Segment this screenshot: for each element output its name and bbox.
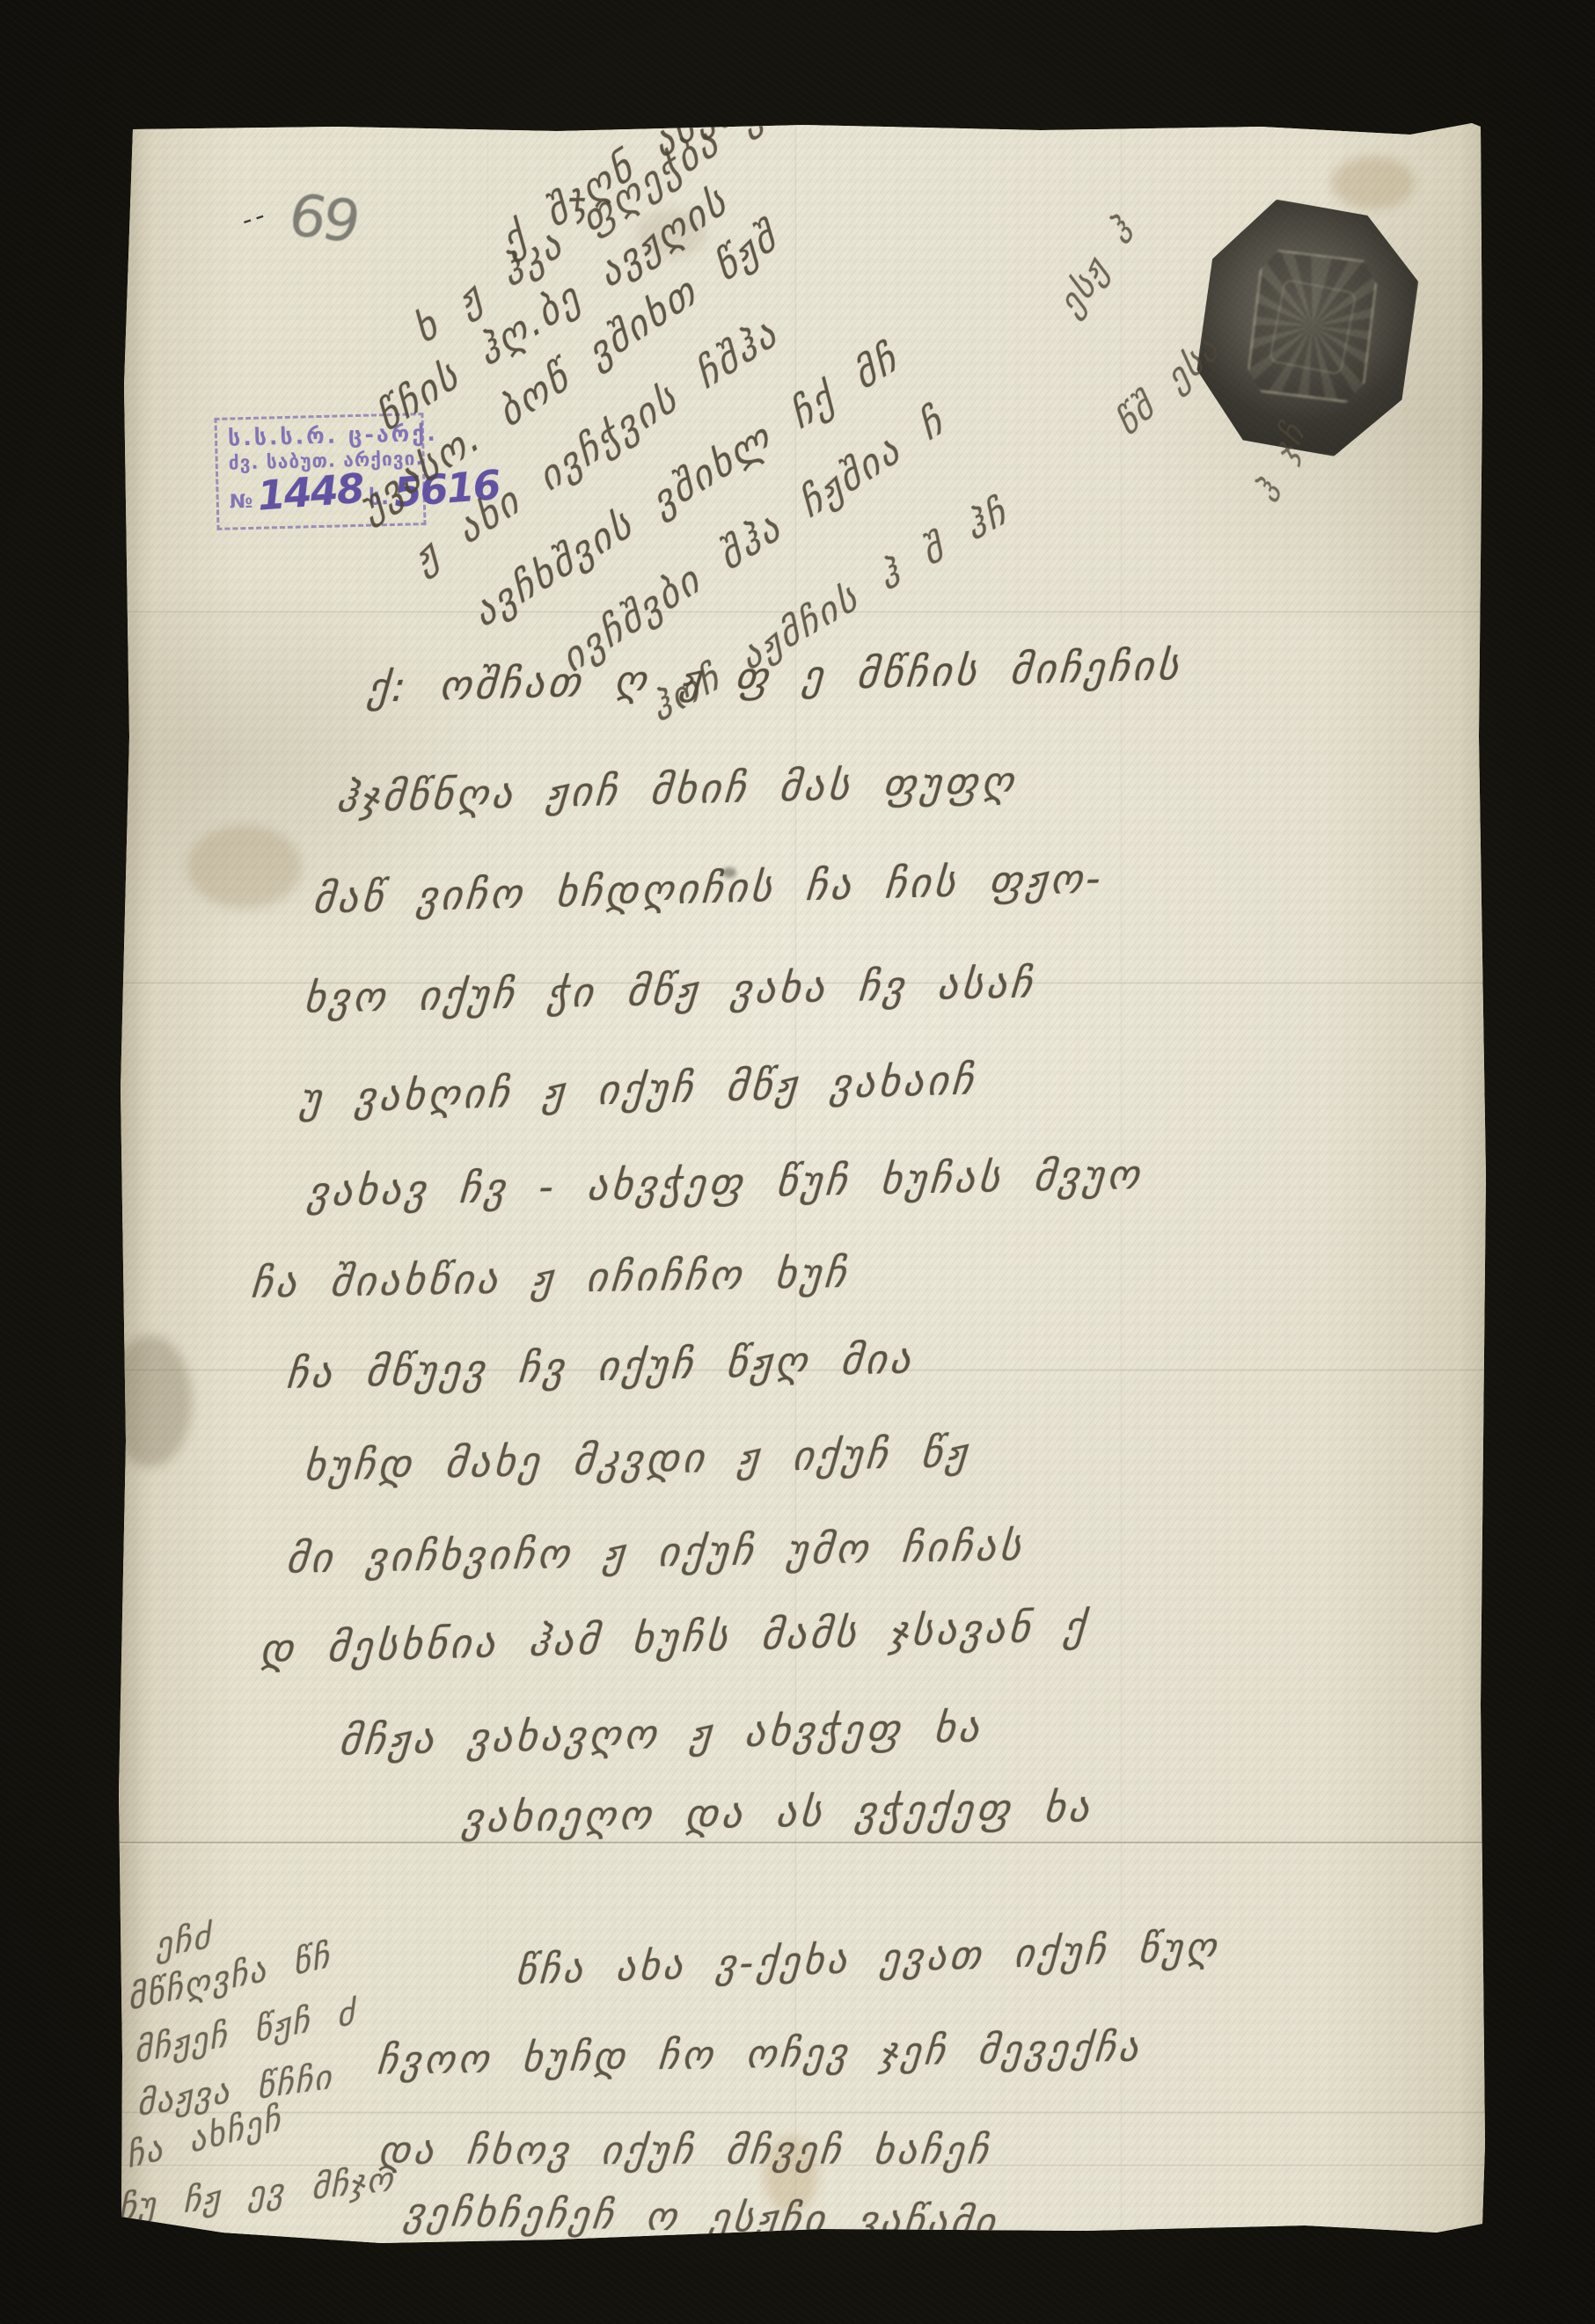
handwritten-line: ჰოჩ აჟმჩის ჰ შ ჰჩ bbox=[645, 488, 1014, 731]
fold-crease bbox=[117, 2111, 1487, 2115]
handwritten-line: ხ ჟ ჰკა ფღეჭბა ჭ bbox=[407, 91, 771, 354]
fold-crease bbox=[117, 982, 1487, 985]
handwritten-line: დ მესხნია ჰამ ხუჩს მამს ჯსავან ქ bbox=[259, 1603, 1090, 1673]
handwritten-line: მი ვიჩხვიჩო ჟ იქუჩ უმო ჩიჩას bbox=[284, 1522, 1026, 1582]
stamp-handwritten-number-1: 1448 bbox=[256, 468, 364, 516]
handwritten-line: და ჩხოვ იქუჩ მჩვეჩ ხაჩეჩ bbox=[377, 2129, 994, 2174]
handwritten-line: ჩა შიახწია ჟ იჩიჩჩო ხუჩ bbox=[249, 1249, 851, 1307]
ink-smudge bbox=[722, 867, 736, 878]
photograph-background: 69 -- ს.ს.ს.რ. ც-არქ. ძვ. საბუთ. არქივი.… bbox=[0, 0, 1595, 2324]
handwritten-line: ჟ ახი ივჩჭვის ჩშჰა bbox=[407, 310, 786, 582]
fold-crease-main bbox=[117, 1841, 1487, 1845]
handwritten-line: წჩის ჰღ.ბე ავჟღის bbox=[370, 178, 735, 442]
fold-crease bbox=[117, 1369, 1487, 1372]
handwritten-line: მჩჟეჩ წჟჩ ძ bbox=[133, 1993, 357, 2072]
stamp-line-3: № 1448 ს. 5616 bbox=[229, 469, 414, 514]
seal-emblem bbox=[1245, 247, 1379, 405]
handwritten-line: ხვო იქუჩ ჭი მწჟ ვახა ჩვ ასაჩ bbox=[302, 960, 1036, 1023]
manuscript-page: 69 -- ს.ს.ს.რ. ც-არქ. ძვ. საბუთ. არქივი.… bbox=[117, 121, 1487, 2250]
handwritten-line: ვეჩხჩეჩეჩ ო ესჟჩი ვაწამი bbox=[402, 2190, 1001, 2246]
handwritten-line: მაჟვა წჩჩი bbox=[136, 2057, 333, 2123]
handwritten-line: ხუჩდ მახე მკვდი ჟ იქუჩ წჟ bbox=[302, 1429, 971, 1490]
stain bbox=[764, 2136, 818, 2213]
handwritten-line: ქ შჯღნ ასევ bbox=[495, 78, 742, 265]
fold-crease-vertical bbox=[487, 121, 490, 2250]
pencil-dash-mark: -- bbox=[238, 199, 272, 236]
handwritten-line: ჰჯმწნღა ჟიჩ მხიჩ მას ფუფღ bbox=[335, 757, 1019, 822]
fold-crease bbox=[117, 610, 1487, 614]
handwritten-line: ჩა მწუევ ჩვ იქუჩ წჟღ მია bbox=[285, 1335, 917, 1399]
handwritten-line: ჩვოო ხუჩდ ჩო ოჩევ ჯეჩ მევექჩა bbox=[376, 2026, 1144, 2084]
fold-crease-vertical bbox=[794, 121, 798, 2250]
handwritten-line: ავჩხშვის ვშიხლ ჩქ მჩ bbox=[467, 335, 906, 638]
handwritten-line: ქ: ოშჩათ ღ ჟ ფ ე მწჩის მიჩეჩის bbox=[366, 641, 1184, 712]
handwritten-line: ჩა ახჩეჩ bbox=[124, 2099, 284, 2176]
handwritten-line: ივჩშვბი შჰა ჩჟშია ჩ bbox=[555, 398, 952, 683]
pencil-folio-number: 69 bbox=[283, 181, 362, 256]
stain bbox=[108, 1335, 192, 1467]
handwritten-line: მაწ ვიჩო ხჩდღიჩის ჩა ჩის ფჟო- bbox=[311, 854, 1106, 923]
handwritten-line: ჩუ ჩჟ ევ მჩჯო bbox=[119, 2160, 394, 2227]
ink-seal bbox=[1189, 193, 1427, 464]
handwritten-line: უ ვახღიჩ ჟ იქუჩ მწჟ ვახაიჩ bbox=[298, 1056, 978, 1123]
stamp-unit-label: ს. bbox=[369, 485, 389, 510]
handwritten-line: ეჩძ bbox=[154, 1917, 213, 1965]
stain bbox=[187, 825, 302, 909]
stain bbox=[1331, 157, 1415, 209]
handwritten-line: მჩჟა ვახავღო ჟ ახვჭეფ ხა bbox=[337, 1704, 984, 1765]
archive-stamp: ს.ს.ს.რ. ც-არქ. ძვ. საბუთ. არქივი. № 144… bbox=[214, 413, 426, 530]
handwritten-line: მწჩღვჩა წჩ bbox=[126, 1936, 333, 2018]
handwritten-line: ვახავ ჩვ - ახვჭეფ წუჩ ხუჩას მვუო bbox=[305, 1151, 1145, 1216]
handwritten-line: ესჟ ჰ bbox=[1051, 210, 1143, 324]
stain bbox=[636, 209, 706, 258]
handwritten-line: ვახიეღო და ას ვჭექეფ ხა bbox=[460, 1783, 1094, 1842]
fold-crease-vertical bbox=[1120, 121, 1123, 2250]
stamp-number-symbol: № bbox=[230, 491, 253, 514]
handwritten-line: წჩა ახა ვ-ქეხა ევათ იქუჩ წუღ bbox=[514, 1925, 1221, 1994]
stamp-line-1: ს.ს.ს.რ. ც-არქ. bbox=[228, 420, 413, 450]
stamp-handwritten-number-2: 5616 bbox=[392, 464, 501, 513]
fold-crease bbox=[117, 2164, 1487, 2167]
